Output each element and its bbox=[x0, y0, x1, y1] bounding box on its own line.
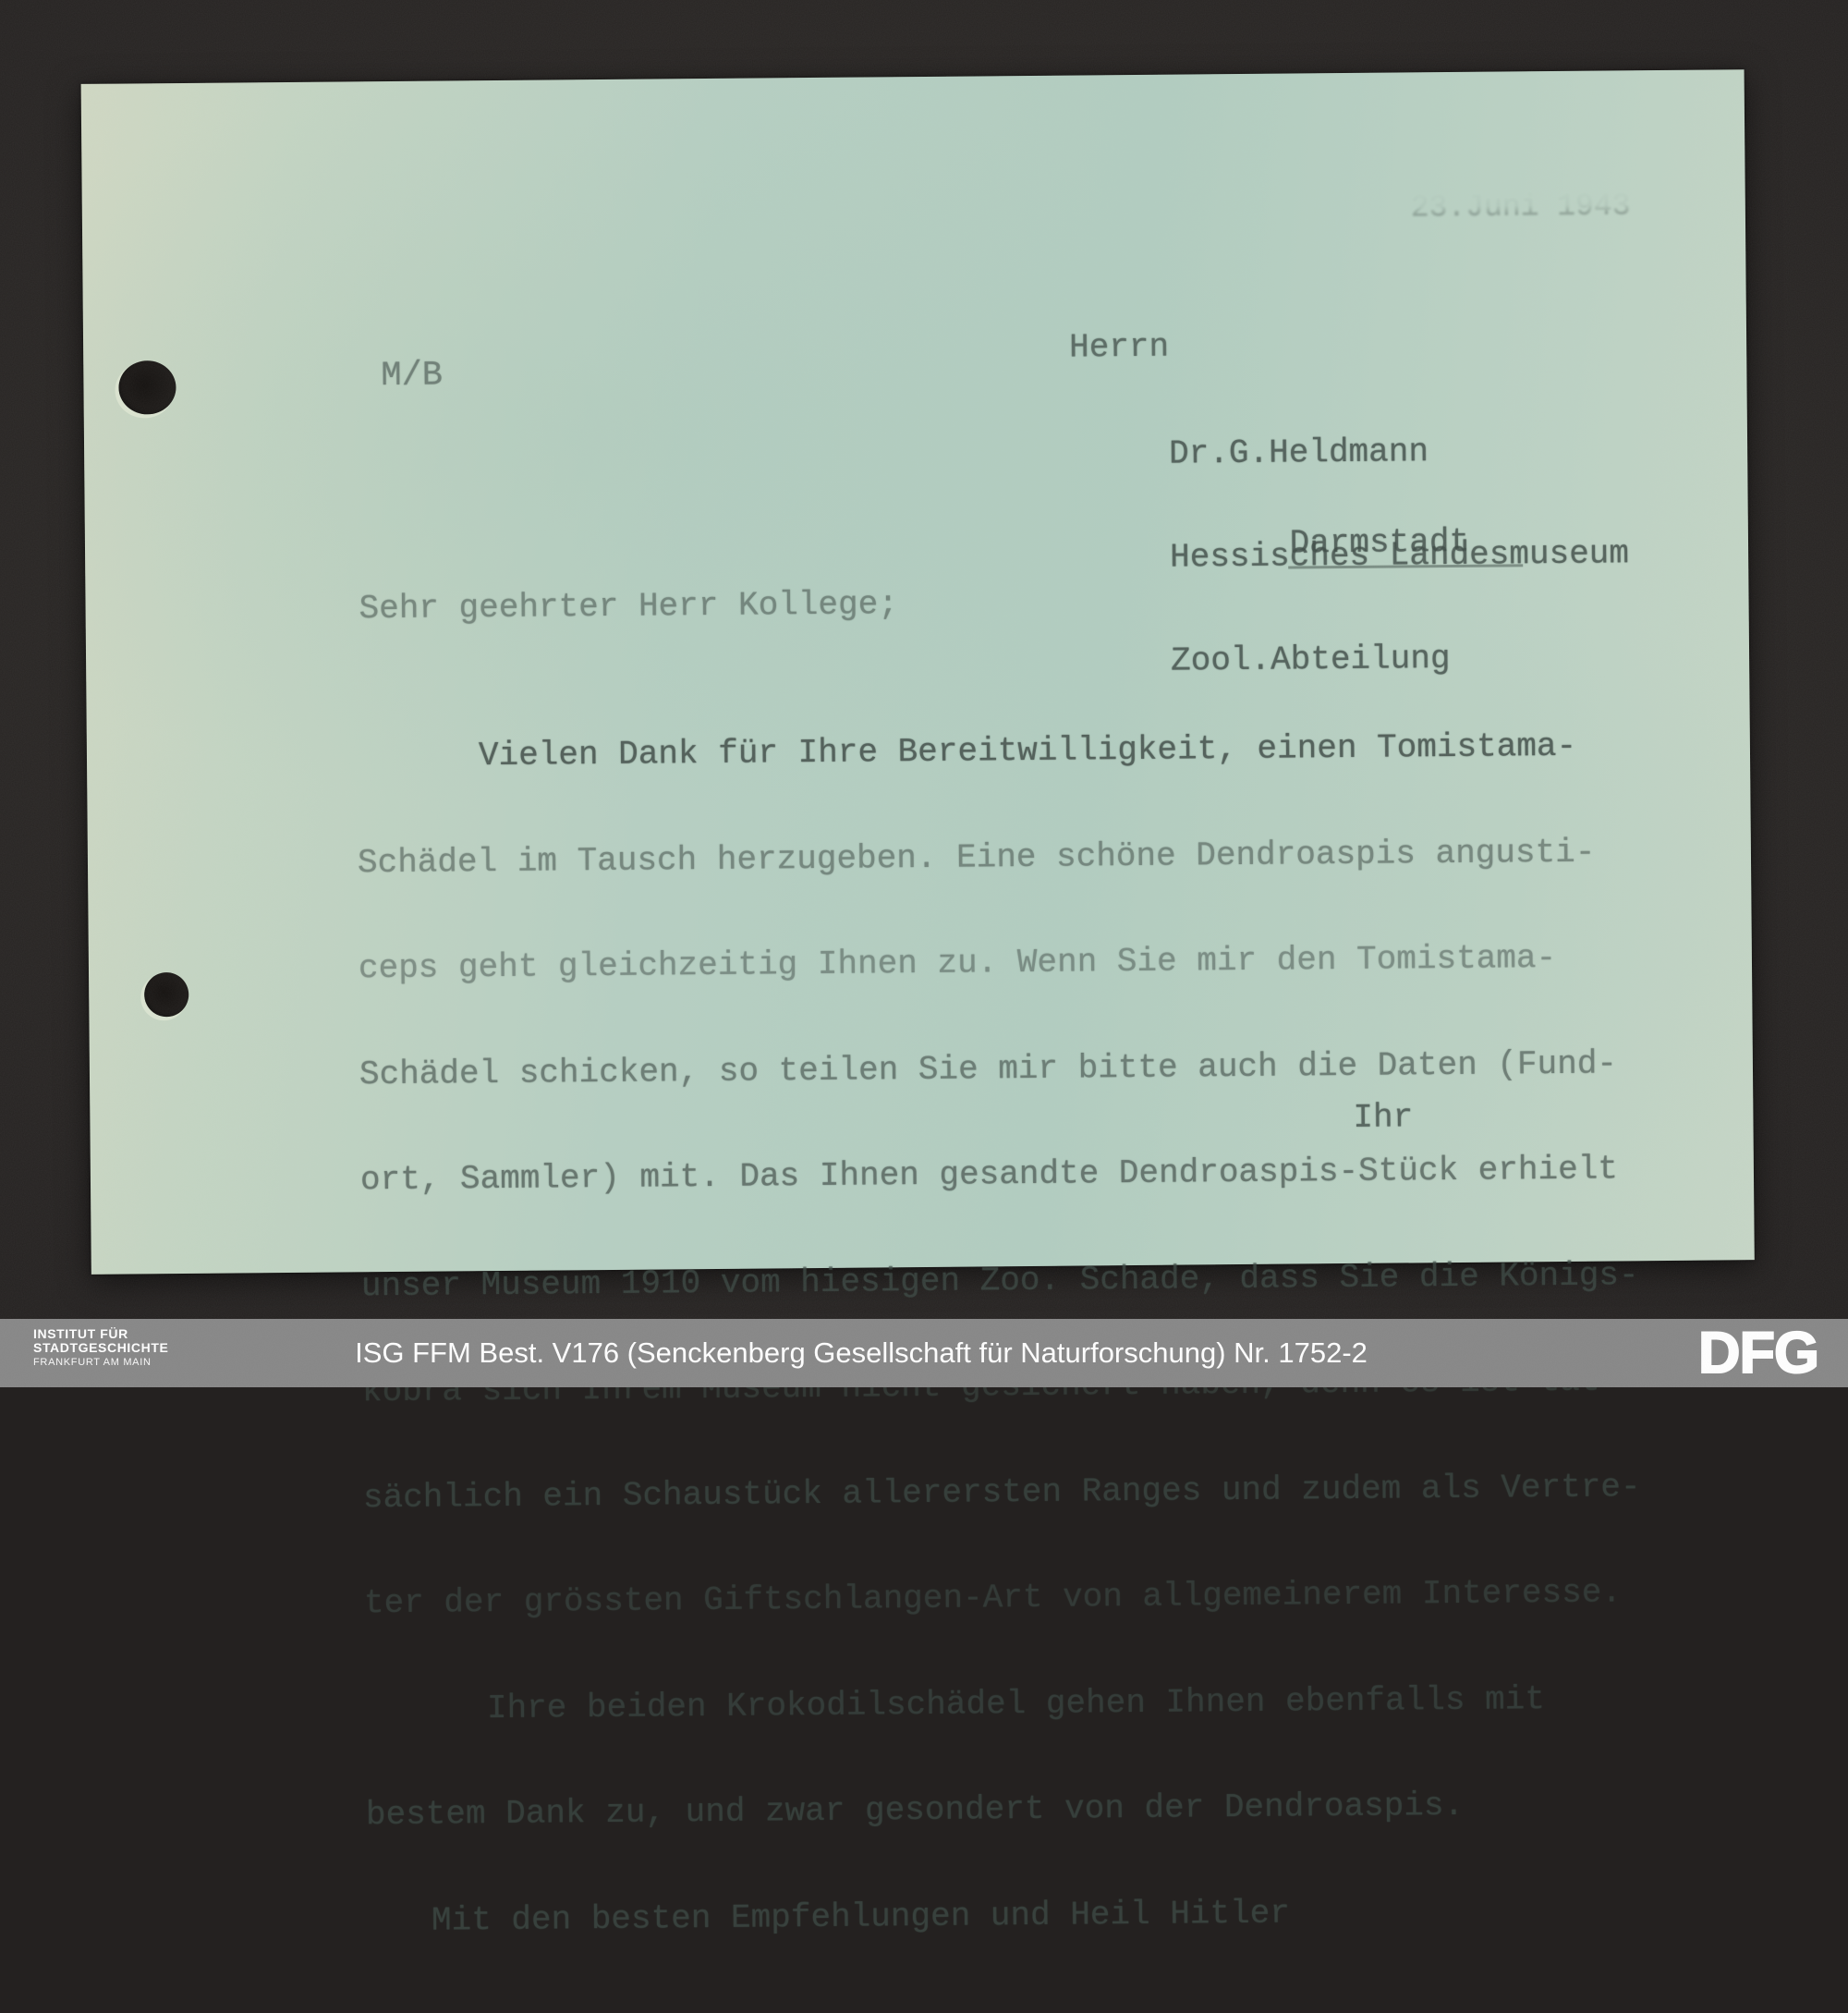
letter-page: 23.Juni 1943 M/B Herrn Dr.G.Heldmann Hes… bbox=[81, 69, 1755, 1275]
scan-background: 23.Juni 1943 M/B Herrn Dr.G.Heldmann Hes… bbox=[0, 0, 1848, 1387]
reference-mark: M/B bbox=[381, 359, 443, 395]
punch-hole-bottom bbox=[144, 972, 188, 1017]
letter-body: Vielen Dank für Ihre Bereitwilligkeit, e… bbox=[356, 658, 1645, 1387]
letter-closing: Ihr bbox=[1353, 1100, 1413, 1136]
punch-hole-top bbox=[118, 360, 176, 415]
archive-footer-bar: INSTITUT FÜR STADTGESCHICHTE FRANKFURT A… bbox=[0, 1319, 1848, 1387]
isg-logo-line3: FRANKFURT AM MAIN bbox=[33, 1358, 168, 1368]
isg-logo-line1: INSTITUT FÜR bbox=[33, 1327, 168, 1341]
body-line: unser Museum 1910 vom hiesigen Zoo. Scha… bbox=[361, 1258, 1639, 1305]
body-line: ceps geht gleichzeitig Ihnen zu. Wenn Si… bbox=[359, 940, 1636, 987]
recipient-name: Dr.G.Heldmann bbox=[1169, 433, 1628, 470]
letter-date: 23.Juni 1943 bbox=[1411, 189, 1631, 226]
recipient-city: Darmstadt bbox=[1168, 489, 1524, 604]
body-line: ort, Sammler) mit. Das Ihnen gesandte De… bbox=[360, 1152, 1638, 1199]
isg-logo: INSTITUT FÜR STADTGESCHICHTE FRANKFURT A… bbox=[33, 1327, 168, 1368]
body-line: Schädel schicken, so teilen Sie mir bitt… bbox=[359, 1046, 1637, 1093]
isg-logo-line2: STADTGESCHICHTE bbox=[33, 1341, 168, 1355]
dfg-logo: DFG bbox=[1698, 1320, 1818, 1386]
body-line: Vielen Dank für Ihre Bereitwilligkeit, e… bbox=[357, 728, 1635, 775]
recipient-city-text: Darmstadt bbox=[1287, 524, 1523, 568]
archive-reference: ISG FFM Best. V176 (Senckenberg Gesellsc… bbox=[355, 1336, 1368, 1370]
letter-greeting: Sehr geehrter Herr Kollege; bbox=[359, 587, 898, 627]
body-line: Schädel im Tausch herzugeben. Eine schön… bbox=[358, 835, 1635, 882]
recipient-salutation-line: Herrn bbox=[1069, 330, 1169, 366]
